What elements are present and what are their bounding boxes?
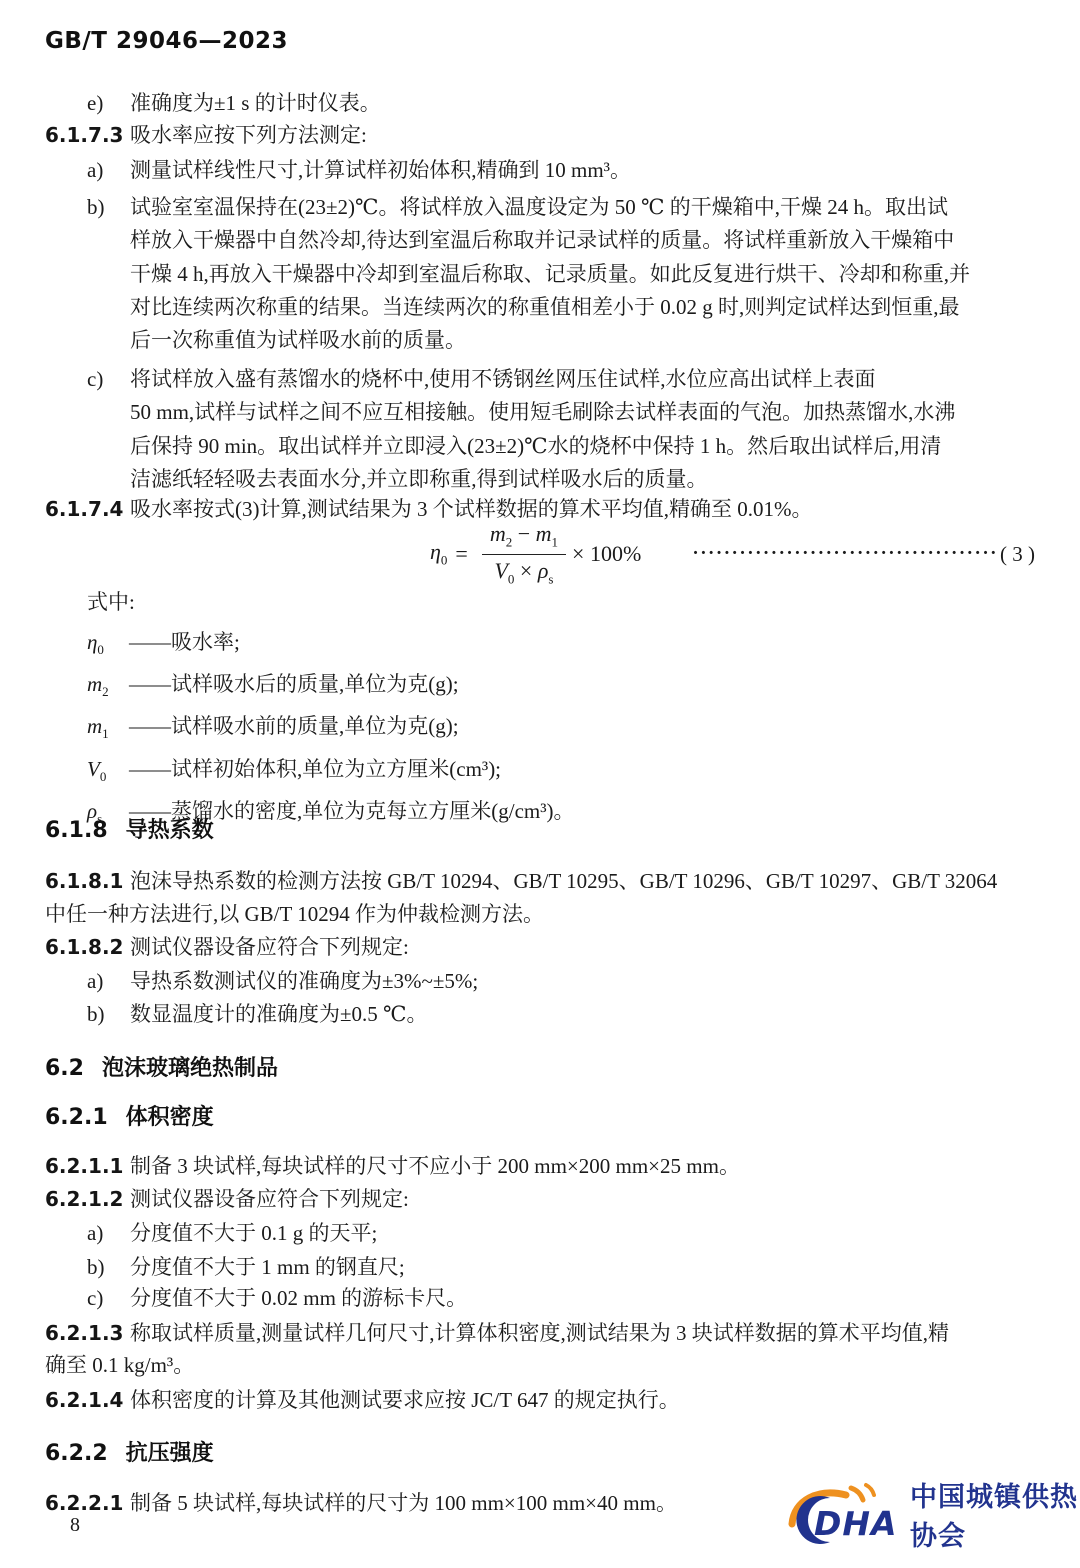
heading-title: 抗压强度	[126, 1441, 214, 1466]
symbol-meaning: ——试样吸水前的质量,单位为克(g);	[129, 714, 459, 738]
clause-text: 吸水率应按下列方法测定:	[130, 123, 367, 147]
symbol-subscript: 0	[100, 769, 107, 784]
clause-number: 6.2.1.4	[45, 1388, 130, 1412]
clause-6-2-1-2: 6.2.1.2测试仪器设备应符合下列规定:	[45, 1183, 1040, 1213]
eta-symbol: η	[430, 539, 441, 564]
heading-title: 泡沫玻璃绝热制品	[102, 1056, 278, 1081]
list-item-b-cont: 样放入干燥器中自然冷却,待达到室温后称取并记录试样的质量。将试样重新放入干燥箱中	[130, 224, 1040, 258]
clause-number: 6.1.7.4	[45, 497, 130, 521]
list-item-b3: b)分度值不大于 1 mm 的钢直尺;	[87, 1251, 1040, 1281]
symbol-meaning: ——试样初始体积,单位为立方厘米(cm³);	[129, 757, 501, 781]
fraction-denominator: V0 × ρs	[482, 555, 566, 587]
symbol: m1	[87, 709, 129, 751]
clause-number: 6.1.8.2	[45, 935, 130, 959]
symbol-definition: ρs——蒸馏水的密度,单位为克每立方厘米(g/cm³)。	[87, 794, 1040, 836]
page-number: 8	[70, 1514, 80, 1537]
list-item-c: c)将试样放入盛有蒸馏水的烧杯中,使用不锈钢丝网压住试样,水位应高出试样上表面	[87, 363, 1040, 397]
clause-text-line: 称取试样质量,测量试样几何尺寸,计算体积密度,测试结果为 3 块试样数据的算术平…	[130, 1321, 949, 1345]
clause-6-2-1-4: 6.2.1.4体积密度的计算及其他测试要求应按 JC/T 647 的规定执行。	[45, 1384, 1040, 1414]
heading-number: 6.2.2	[45, 1441, 108, 1466]
list-item-c-cont: 50 mm,试样与试样之间不应互相接触。使用短毛刷除去试样表面的气泡。加热蒸馏水…	[130, 396, 1040, 430]
clause-number: 6.2.2.1	[45, 1491, 130, 1515]
list-item-a: a)测量试样线性尺寸,计算试样初始体积,精确到 10 mm³。	[87, 154, 1040, 184]
list-item-text: 分度值不大于 1 mm 的钢直尺;	[130, 1255, 405, 1279]
dot-leader: ·······································	[692, 543, 998, 565]
heading-number: 6.1.8	[45, 818, 108, 843]
symbol-base: η	[87, 630, 97, 654]
list-item-c-cont: 洁滤纸轻轻吸去表面水分,并立即称重,得到试样吸水后的质量。	[130, 463, 1040, 497]
logo-org-name: 中国城镇供热协会	[910, 1475, 1080, 1553]
rho-subscript: s	[548, 571, 553, 586]
m2-subscript: 2	[506, 535, 513, 550]
list-item-text: 分度值不大于 0.02 mm 的游标卡尺。	[130, 1286, 467, 1310]
where-label: 式中:	[87, 586, 1040, 616]
list-item-b-cont: 后一次称重值为试样吸水前的质量。	[130, 324, 1040, 358]
symbol-definition: m1——试样吸水前的质量,单位为克(g);	[87, 709, 1040, 751]
heading-6-1-8: 6.1.8导热系数	[45, 813, 214, 844]
list-item-a2: a)导热系数测试仪的准确度为±3%~±5%;	[87, 965, 1040, 995]
list-marker: c)	[87, 363, 130, 397]
clause-6-1-8-1-cont: 中任一种方法进行,以 GB/T 10294 作为仲裁检测方法。	[45, 898, 1040, 932]
list-item-c-cont: 后保持 90 min。取出试样并立即浸入(23±2)℃水的烧杯中保持 1 h。然…	[130, 430, 1040, 464]
document-page: GB/T 29046—2023 e)准确度为±1 s 的计时仪表。 6.1.7.…	[0, 0, 1080, 1568]
heading-title: 导热系数	[126, 818, 214, 843]
list-item-text: 数显温度计的准确度为±0.5 ℃。	[130, 1002, 428, 1026]
logo-signal-arc-icon	[851, 1488, 863, 1500]
list-item-b: b)试验室室温保持在(23±2)℃。将试样放入温度设定为 50 ℃ 的干燥箱中,…	[87, 191, 1040, 225]
minus-sign: −	[518, 521, 530, 546]
times-100-percent: × 100%	[572, 541, 641, 567]
list-marker: b)	[87, 1255, 130, 1280]
clause-text: 制备 3 块试样,每块试样的尺寸不应小于 200 mm×200 mm×25 mm…	[130, 1154, 740, 1178]
heading-6-2-2: 6.2.2抗压强度	[45, 1436, 214, 1467]
clause-6-1-7-4: 6.1.7.4吸水率按式(3)计算,测试结果为 3 个试样数据的算术平均值,精确…	[45, 493, 1040, 523]
clause-text: 测试仪器设备应符合下列规定:	[130, 935, 409, 959]
list-marker: a)	[87, 158, 130, 183]
standard-number-header: GB/T 29046—2023	[45, 28, 288, 54]
symbol: m2	[87, 667, 129, 709]
list-marker: a)	[87, 1221, 130, 1246]
clause-text: 制备 5 块试样,每块试样的尺寸为 100 mm×100 mm×40 mm。	[130, 1491, 677, 1515]
equation-expression: η0 = m2 − m1 V0 × ρs × 100%	[430, 521, 641, 587]
list-item-c3: c)分度值不大于 0.02 mm 的游标卡尺。	[87, 1282, 1040, 1312]
clause-text: 体积密度的计算及其他测试要求应按 JC/T 647 的规定执行。	[130, 1388, 680, 1412]
list-item-e: e)准确度为±1 s 的计时仪表。	[87, 87, 1040, 117]
clause-6-1-7-3: 6.1.7.3吸水率应按下列方法测定:	[45, 119, 1040, 149]
heading-6-2: 6.2泡沫玻璃绝热制品	[45, 1051, 278, 1082]
list-marker: a)	[87, 969, 130, 994]
symbol-subscript: 2	[102, 684, 109, 699]
fraction-numerator: m2 − m1	[482, 521, 566, 554]
heading-number: 6.2.1	[45, 1105, 108, 1130]
times-sign: ×	[520, 558, 532, 583]
list-marker: c)	[87, 1286, 130, 1311]
m2-symbol: m	[490, 521, 506, 546]
clause-number: 6.2.1.3	[45, 1317, 130, 1351]
eta-subscript: 0	[441, 553, 448, 568]
heading-title: 体积密度	[126, 1105, 214, 1130]
list-item-text-line: 将试样放入盛有蒸馏水的烧杯中,使用不锈钢丝网压住试样,水位应高出试样上表面	[130, 367, 876, 391]
logo-abbr: DHA	[814, 1504, 898, 1543]
symbol-base: V	[87, 757, 100, 781]
list-item-a3: a)分度值不大于 0.1 g 的天平;	[87, 1217, 1040, 1247]
list-item-text: 准确度为±1 s 的计时仪表。	[130, 91, 381, 115]
equation-3: η0 = m2 − m1 V0 × ρs × 100% ············…	[45, 522, 1035, 586]
equals-sign: =	[455, 541, 467, 567]
fraction: m2 − m1 V0 × ρs	[482, 521, 566, 587]
clause-number: 6.1.8.1	[45, 865, 130, 899]
symbol-definition: V0——试样初始体积,单位为立方厘米(cm³);	[87, 752, 1040, 794]
symbol-base: m	[87, 714, 102, 738]
equation-number: ( 3 )	[1000, 542, 1035, 567]
clause-text: 测试仪器设备应符合下列规定:	[130, 1187, 409, 1211]
clause-6-2-1-3: 6.2.1.3称取试样质量,测量试样几何尺寸,计算体积密度,测试结果为 3 块试…	[45, 1317, 1040, 1351]
list-item-b-cont: 干燥 4 h,再放入干燥器中冷却到室温后称取、记录质量。如此反复进行烘干、冷却和…	[130, 258, 1040, 292]
rho-symbol: ρ	[538, 558, 549, 583]
list-item-text: 导热系数测试仪的准确度为±3%~±5%;	[130, 969, 478, 993]
clause-text-line: 泡沫导热系数的检测方法按 GB/T 10294、GB/T 10295、GB/T …	[130, 869, 997, 893]
symbol-meaning: ——吸水率;	[129, 630, 240, 654]
clause-number: 6.1.7.3	[45, 123, 130, 147]
symbol: η0	[87, 625, 129, 667]
list-item-b-cont: 对比连续两次称重的结果。当连续两次的称重值相差小于 0.02 g 时,则判定试样…	[130, 291, 1040, 325]
m1-subscript: 1	[552, 535, 559, 550]
list-marker: b)	[87, 1002, 130, 1027]
symbol-definition: m2——试样吸水后的质量,单位为克(g);	[87, 667, 1040, 709]
list-item-b2: b)数显温度计的准确度为±0.5 ℃。	[87, 998, 1040, 1028]
clause-6-1-8-2: 6.1.8.2测试仪器设备应符合下列规定:	[45, 931, 1040, 961]
clause-text: 吸水率按式(3)计算,测试结果为 3 个试样数据的算术平均值,精确至 0.01%…	[130, 497, 812, 521]
logo-signal-arc-icon	[866, 1485, 874, 1495]
clause-6-2-1-1: 6.2.1.1制备 3 块试样,每块试样的尺寸不应小于 200 mm×200 m…	[45, 1150, 1040, 1180]
list-marker: e)	[87, 91, 130, 116]
v0-symbol: V	[494, 558, 507, 583]
list-item-text-line: 试验室室温保持在(23±2)℃。将试样放入温度设定为 50 ℃ 的干燥箱中,干燥…	[130, 195, 948, 219]
clause-6-2-1-3-cont: 确至 0.1 kg/m³。	[45, 1349, 1040, 1383]
equation-lhs: η0	[430, 539, 447, 568]
symbol-meaning: ——试样吸水后的质量,单位为克(g);	[129, 672, 459, 696]
clause-number: 6.2.1.2	[45, 1187, 130, 1211]
symbol-base: m	[87, 672, 102, 696]
list-item-text: 分度值不大于 0.1 g 的天平;	[130, 1221, 377, 1245]
v0-subscript: 0	[508, 571, 515, 586]
dha-logo-mark-icon: DHA	[788, 1482, 900, 1546]
heading-6-2-1: 6.2.1体积密度	[45, 1100, 214, 1131]
symbol: V0	[87, 752, 129, 794]
symbol-subscript: 0	[97, 642, 104, 657]
dha-association-logo: DHA 中国城镇供热协会	[788, 1482, 1080, 1546]
symbol-definition: η0——吸水率;	[87, 625, 1040, 667]
symbol-subscript: 1	[102, 727, 109, 742]
clause-6-1-8-1: 6.1.8.1泡沫导热系数的检测方法按 GB/T 10294、GB/T 1029…	[45, 865, 1040, 899]
list-item-text: 测量试样线性尺寸,计算试样初始体积,精确到 10 mm³。	[130, 158, 631, 182]
symbol-definition-list: η0——吸水率; m2——试样吸水后的质量,单位为克(g); m1——试样吸水前…	[87, 625, 1040, 836]
clause-number: 6.2.1.1	[45, 1154, 130, 1178]
m1-symbol: m	[536, 521, 552, 546]
heading-number: 6.2	[45, 1056, 84, 1081]
list-marker: b)	[87, 191, 130, 225]
